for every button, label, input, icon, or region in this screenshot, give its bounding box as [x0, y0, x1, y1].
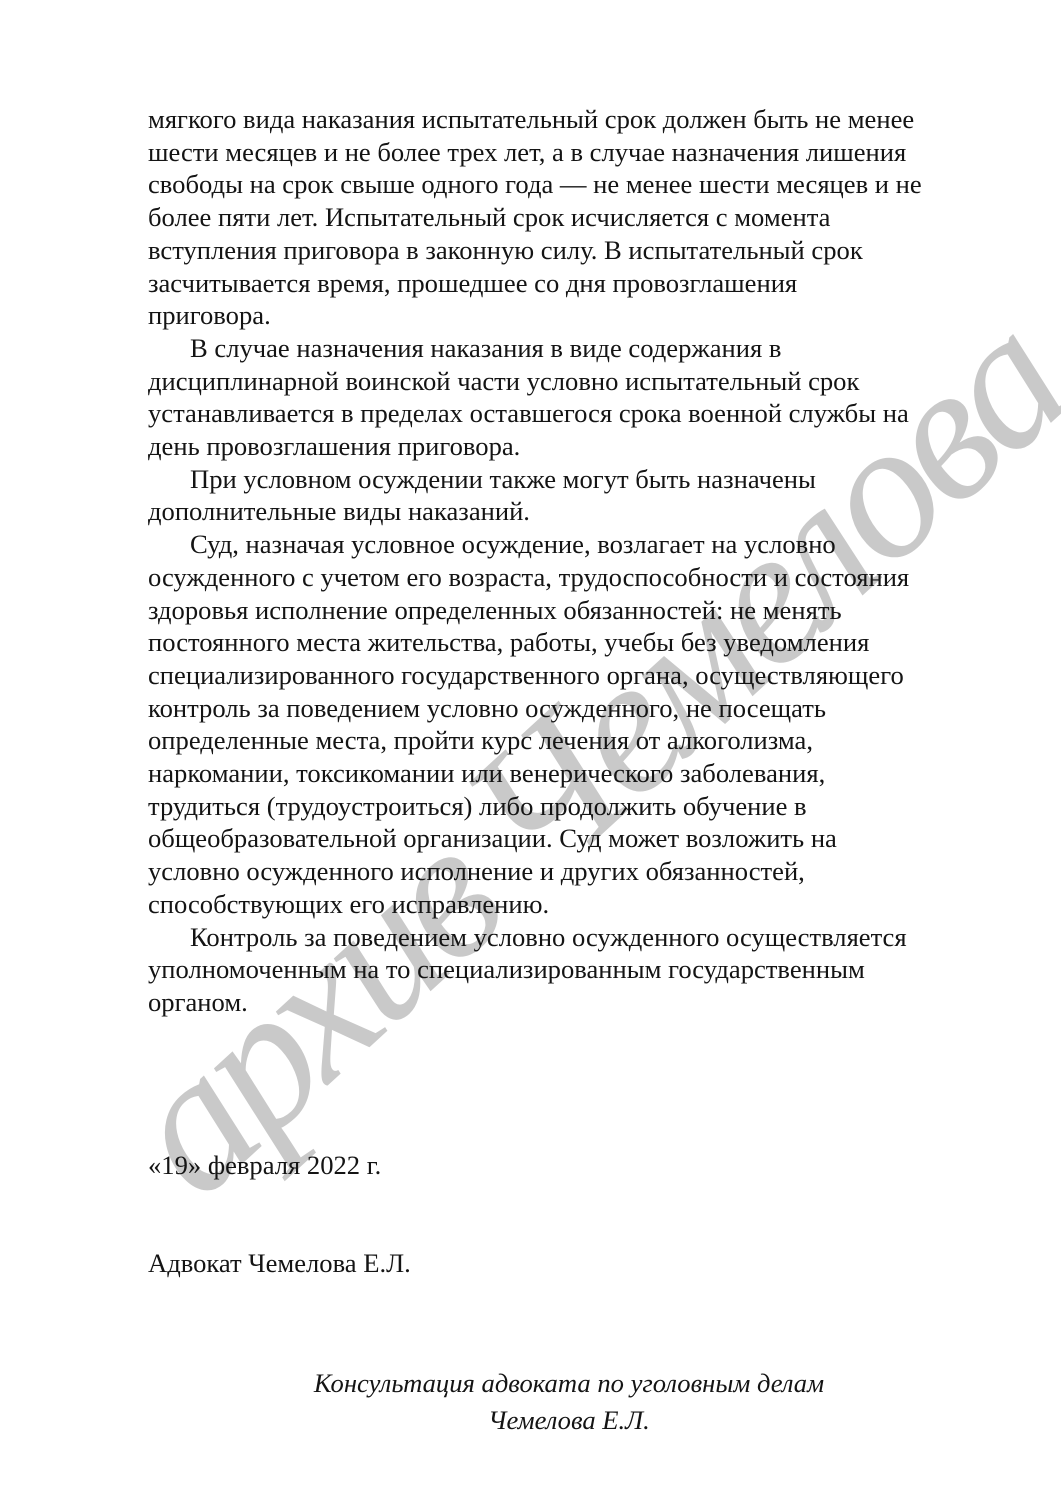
paragraph: При условном осуждении также могут быть …: [148, 463, 1054, 528]
paragraph: мягкого вида наказания испытательный сро…: [148, 103, 1054, 332]
paragraph: Контроль за поведением условно осужденно…: [148, 921, 1054, 1019]
footer: Консультация адвоката по уголовным делам…: [148, 1365, 990, 1439]
body-paragraphs: мягкого вида наказания испытательный сро…: [148, 103, 1054, 1019]
paragraph: Суд, назначая условное осуждение, возлаг…: [148, 528, 1054, 920]
document-body: мягкого вида наказания испытательный сро…: [148, 103, 1054, 1345]
paragraph: В случае назначения наказания в виде сод…: [148, 332, 1054, 463]
footer-line-2: Чемелова Е.Л.: [148, 1402, 990, 1439]
document-page: архив Чемелова мягкого вида наказания ис…: [0, 0, 1061, 1500]
date-line: «19» февраля 2022 г.: [148, 1149, 1054, 1182]
signature-line: Адвокат Чемелова Е.Л.: [148, 1247, 1054, 1280]
footer-line-1: Консультация адвоката по уголовным делам: [148, 1365, 990, 1402]
date-signature-block: «19» февраля 2022 г. Адвокат Чемелова Е.…: [148, 1084, 1054, 1346]
